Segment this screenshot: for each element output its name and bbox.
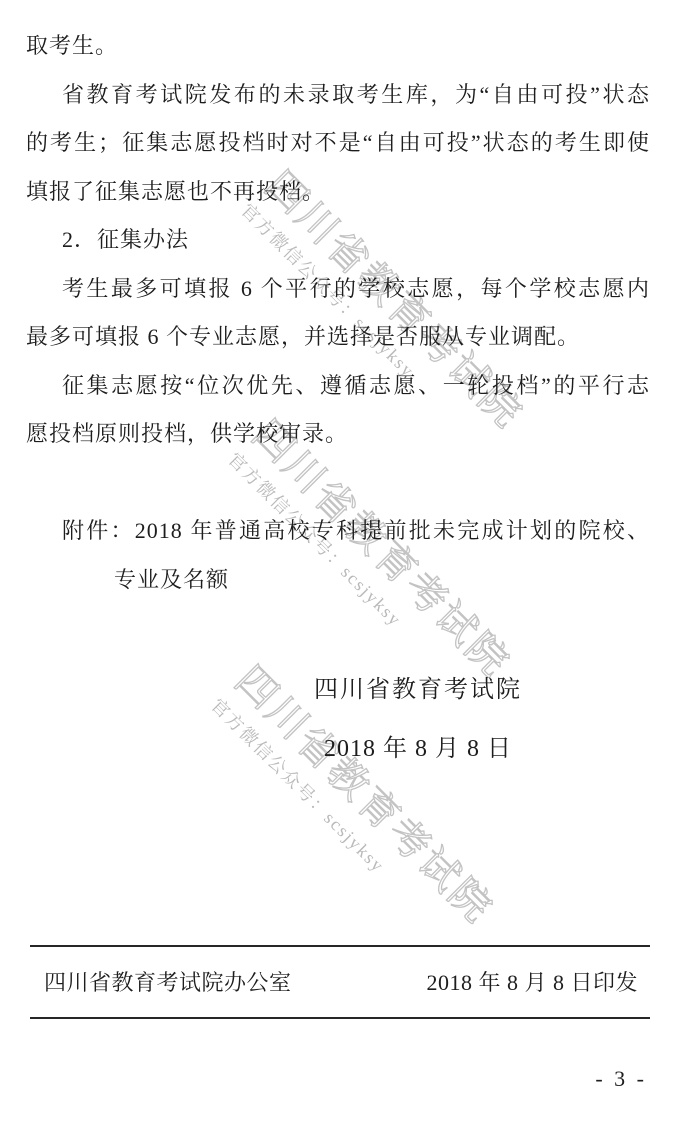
signature-date: 2018 年 8 月 8 日 [26, 734, 650, 764]
body-line: 愿投档原则投档，供学校审录。 [26, 410, 650, 459]
body-line: 省教育考试院发布的未录取考生库，为“自由可投”状态 [26, 71, 650, 120]
page-number: - 3 - [595, 1066, 647, 1092]
document-page: 四川省教育考试院 官方微信公众号：scsjyksy 四川省教育考试院 官方微信公… [0, 0, 680, 1127]
attachment-line: 附件：2018 年普通高校专科提前批未完成计划的院校、 [26, 507, 650, 556]
attachment-line-2: 专业及名额 [26, 556, 650, 605]
signature: 四川省教育考试院 [26, 675, 650, 705]
footer-rule-bottom [30, 1017, 650, 1019]
footer-office: 四川省教育考试院办公室 [44, 966, 292, 997]
body-line: 填报了征集志愿也不再投档。 [26, 168, 650, 217]
body-line: 最多可填报 6 个专业志愿，并选择是否服从专业调配。 [26, 313, 650, 362]
footer-issue-date: 2018 年 8 月 8 日印发 [426, 966, 638, 997]
body-line-heading: 2．征集办法 [26, 216, 650, 265]
document-body: 取考生。 省教育考试院发布的未录取考生库，为“自由可投”状态 的考生；征集志愿投… [26, 22, 650, 764]
body-line: 取考生。 [26, 22, 650, 71]
body-line: 的考生；征集志愿投档时对不是“自由可投”状态的考生即使 [26, 119, 650, 168]
body-line: 征集志愿按“位次优先、遵循志愿、一轮投档”的平行志 [26, 362, 650, 411]
body-line: 考生最多可填报 6 个平行的学校志愿，每个学校志愿内 [26, 265, 650, 314]
footer-rule-top [30, 945, 650, 947]
